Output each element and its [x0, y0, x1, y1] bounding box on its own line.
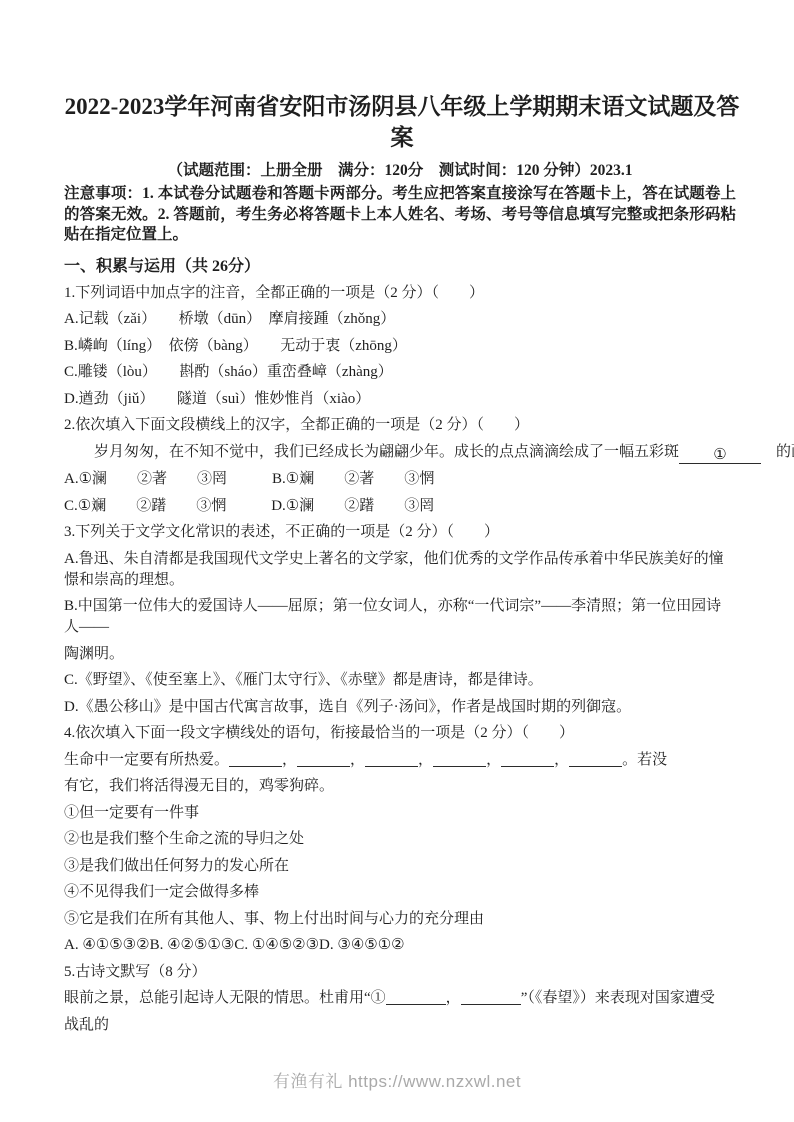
q4-separator: ， [350, 752, 365, 768]
q4-tail: 。若没 [622, 752, 667, 768]
q4-item-1: ①但一定要有一件事 [64, 803, 736, 824]
q4-blank-sentence: 生命中一定要有所热爱。，，，，，。若没 [64, 750, 736, 771]
exam-scope-line: （试题范围：上册全册 满分：120分 测试时间：120 分钟）2023.1 [64, 160, 736, 181]
q1-option-d: D.遒劲（jiǔ） 隧道（suì）惟妙惟肖（xiào） [64, 389, 736, 410]
q1-option-c: C.雕镂（lòu） 斟酌（sháo）重峦叠嶂（zhàng） [64, 362, 736, 383]
q5-line2: 战乱的 [64, 1015, 736, 1036]
blank-underline-7 [569, 750, 622, 767]
blank-underline-4 [365, 750, 418, 767]
q2-options-row-cd: C.①斓 ②躇 ③惘 D.①澜 ②躇 ③罔 [64, 496, 736, 517]
section-heading: 一、积累与运用（共 26分） [64, 255, 736, 279]
blank-underline-5 [433, 750, 486, 767]
q4-separator: ， [486, 752, 501, 768]
q4-options: A. ④①⑤③②B. ④②⑤①③C. ①④⑤②③D. ③④⑤①② [64, 935, 736, 956]
q1-option-a: A.记载（zǎi） 桥墩（dūn） 摩肩接踵（zhǒng） [64, 309, 736, 330]
q3-option-c: C.《野望》、《使至塞上》、《雁门太守行》、《赤壁》都是唐诗，都是律诗。 [64, 670, 736, 691]
q5-lead: 眼前之景，总能引起诗人无限的情思。杜甫用“① [64, 990, 386, 1006]
q4-item-4: ④不见得我们一定会做得多棒 [64, 882, 736, 903]
q2-stem: 2.依次填入下面文段横线上的汉字，全都正确的一项是（2 分）（ ） [64, 415, 736, 436]
blank-underline-1: ① [679, 447, 761, 464]
q1-option-b: B.嶙峋（líng） 依傍（bàng） 无动于衷（zhōng） [64, 336, 736, 357]
q2-passage-after: 的画。成长 [761, 444, 794, 460]
q5-separator: ， [446, 990, 461, 1006]
q4-lead: 生命中一定要有所热爱。 [64, 752, 229, 768]
page-title: 2022-2023学年河南省安阳市汤阴县八年级上学期期末语文试题及答案 [58, 91, 746, 153]
exam-notice: 注意事项：1. 本试卷分试题卷和答题卡两部分。考生应把答案直接涂写在答题卡上，答… [64, 184, 736, 246]
q2-options-row-ab: A.①澜 ②著 ③罔 B.①斓 ②著 ③惘 [64, 469, 736, 490]
blank-underline-3 [297, 750, 350, 767]
q4-separator: ， [554, 752, 569, 768]
q1-stem: 1.下列词语中加点字的注音，全都正确的一项是（2 分）（ ） [64, 283, 736, 304]
q3-stem: 3.下列关于文学文化常识的表述，不正确的一项是（2 分）（ ） [64, 522, 736, 543]
q2-passage: 岁月匆匆，在不知不觉中，我们已经成长为翩翩少年。成长的点点滴滴绘成了一幅五彩斑①… [64, 442, 736, 464]
blank-underline-2 [229, 750, 282, 767]
q4-item-2: ②也是我们整个生命之流的导归之处 [64, 829, 736, 850]
q5-tail: ”（《春望》）来表现对国家遭受 [521, 990, 715, 1006]
q4-separator: ， [418, 752, 433, 768]
q4-item-3: ③是我们做出任何努力的发心所在 [64, 856, 736, 877]
q3-option-b-continuation: 陶渊明。 [64, 644, 736, 665]
blank-underline-6 [501, 750, 554, 767]
q4-item-5: ⑤它是我们在所有其他人、事、物上付出时间与心力的充分理由 [64, 909, 736, 930]
q3-option-d: D.《愚公移山》是中国古代寓言故事，选自《列子·汤问》，作者是战国时期的列御寇。 [64, 697, 736, 718]
exam-page: 2022-2023学年河南省安阳市汤阴县八年级上学期期末语文试题及答案 （试题范… [0, 0, 794, 1122]
q2-passage-before: 岁月匆匆，在不知不觉中，我们已经成长为翩翩少年。成长的点点滴滴绘成了一幅五彩斑 [94, 444, 679, 460]
q4-stem: 4.依次填入下面一段文字横线处的语句，衔接最恰当的一项是（2 分）（ ） [64, 723, 736, 744]
q4-separator: ， [282, 752, 297, 768]
q4-sentence-line2: 有它，我们将活得漫无目的，鸡零狗碎。 [64, 776, 736, 797]
q3-option-a: A.鲁迅、朱自清都是我国现代文学史上著名的文学家，他们优秀的文学作品传承着中华民… [64, 549, 736, 591]
q5-stem: 5.古诗文默写（8 分） [64, 962, 736, 983]
q5-dictation-line: 眼前之景，总能引起诗人无限的情思。杜甫用“①，”（《春望》）来表现对国家遭受 [64, 988, 736, 1009]
blank-underline-8 [386, 988, 446, 1005]
q3-option-b: B.中国第一位伟大的爱国诗人——屈原；第一位女词人，亦称“一代词宗”——李清照；… [64, 596, 736, 638]
blank-underline-9 [461, 988, 521, 1005]
footer-watermark: 有渔有礼 https://www.nzxwl.net [0, 1067, 794, 1092]
